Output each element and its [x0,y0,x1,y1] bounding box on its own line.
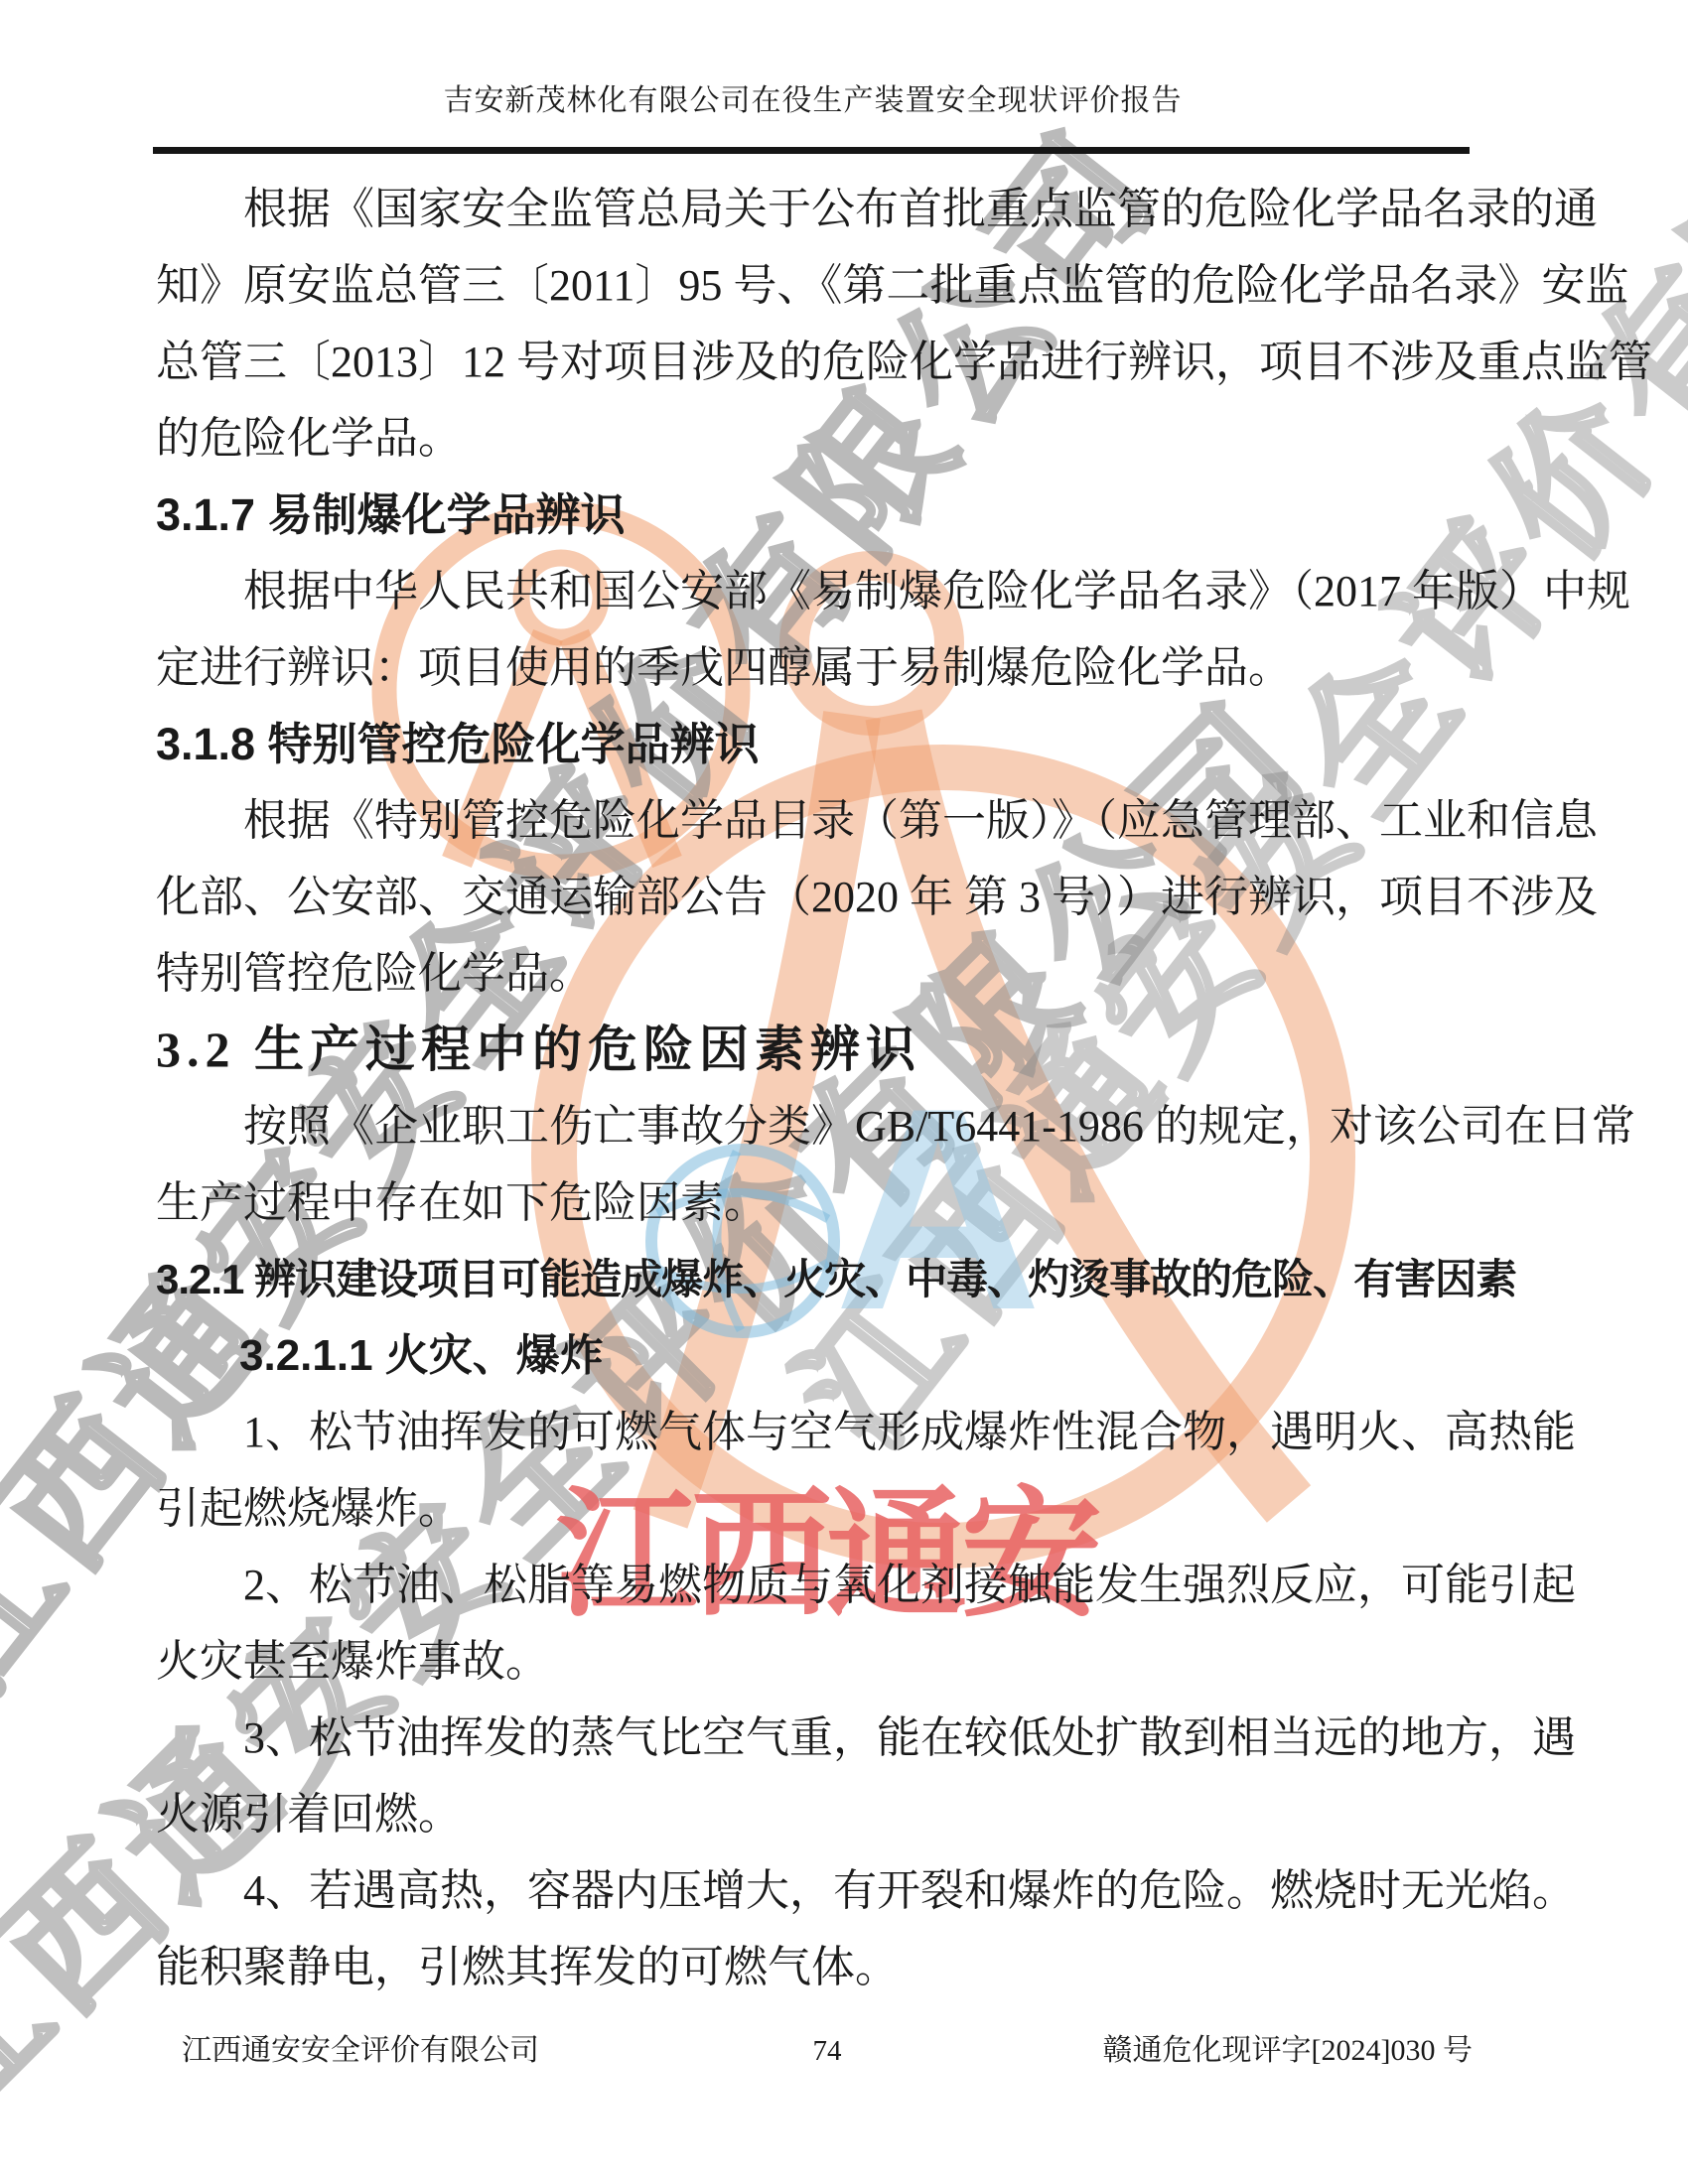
section-heading-3-2-1: 3.2.1 辨识建设项目可能造成爆炸、火灾、中毒、灼烫事故的危险、有害因素 [156,1241,1470,1317]
text-line: 1、松节油挥发的可燃气体与空气形成爆炸性混合物，遇明火、高热能 [156,1394,1470,1470]
text-line: 特别管控危险化学品。 [156,935,1470,1012]
text-line: 根据中华人民共和国公安部《易制爆危险化学品名录》（2017 年版）中规 [156,553,1470,629]
header-rule [153,147,1470,154]
text-line: 生产过程中存在如下危险因素。 [156,1164,1470,1241]
text-line: 2、松节油、松脂等易燃物质与氧化剂接触能发生强烈反应，可能引起 [156,1547,1470,1623]
section-heading-3-2: 3.2 生产过程中的危险因素辨识 [156,1012,1470,1088]
section-heading-3-2-1-1: 3.2.1.1 火灾、爆炸 [156,1317,1470,1394]
footer-doc-number: 赣通危化现评字[2024]030 号 [842,2025,1474,2069]
text-line: 按照《企业职工伤亡事故分类》GB/T6441-1986 的规定，对该公司在日常 [156,1088,1470,1164]
text-line: 能积聚静电，引燃其挥发的可燃气体。 [156,1929,1470,2005]
text-line: 火灾甚至爆炸事故。 [156,1623,1470,1700]
text-line: 引起燃烧爆炸。 [156,1470,1470,1547]
text-line: 定进行辨识：项目使用的季戊四醇属于易制爆危险化学品。 [156,629,1470,706]
footer-company: 江西通安安全评价有限公司 [156,2025,813,2069]
text-line: 火源引着回燃。 [156,1776,1470,1852]
section-heading-3-1-8: 3.1.8 特别管控危险化学品辨识 [156,706,1470,782]
text-line: 知》原安监总管三〔2011〕95 号、《第二批重点监管的危险化学品名录》安监 [156,247,1470,324]
report-page: 江西通安安全评价有限公司 江西通安安全评价有限公司 江西通安安全评价有限公司 A… [0,0,1688,2184]
page-header-title: 吉安新茂林化有限公司在役生产装置安全现状评价报告 [156,75,1470,119]
text-line: 化部、公安部、交通运输部公告（2020 年 第 3 号））进行辨识，项目不涉及 [156,859,1470,935]
text-line: 4、若遇高热，容器内压增大，有开裂和爆炸的危险。燃烧时无光焰。 [156,1852,1470,1929]
text-line: 总管三〔2013〕12 号对项目涉及的危险化学品进行辨识，项目不涉及重点监管 [156,324,1470,400]
text-line: 根据《特别管控危险化学品目录（第一版）》（应急管理部、工业和信息 [156,782,1470,859]
section-heading-3-1-7: 3.1.7 易制爆化学品辨识 [156,477,1470,553]
page-footer: 江西通安安全评价有限公司 74 赣通危化现评字[2024]030 号 [156,2025,1473,2069]
text-line: 的危险化学品。 [156,400,1470,477]
document-body: 根据《国家安全监管总局关于公布首批重点监管的危险化学品名录的通 知》原安监总管三… [156,171,1470,2005]
content-layer: 吉安新茂林化有限公司在役生产装置安全现状评价报告 根据《国家安全监管总局关于公布… [0,0,1688,2184]
footer-page-number: 74 [813,2035,842,2068]
text-line: 根据《国家安全监管总局关于公布首批重点监管的危险化学品名录的通 [156,171,1470,247]
text-line: 3、松节油挥发的蒸气比空气重，能在较低处扩散到相当远的地方，遇 [156,1700,1470,1776]
